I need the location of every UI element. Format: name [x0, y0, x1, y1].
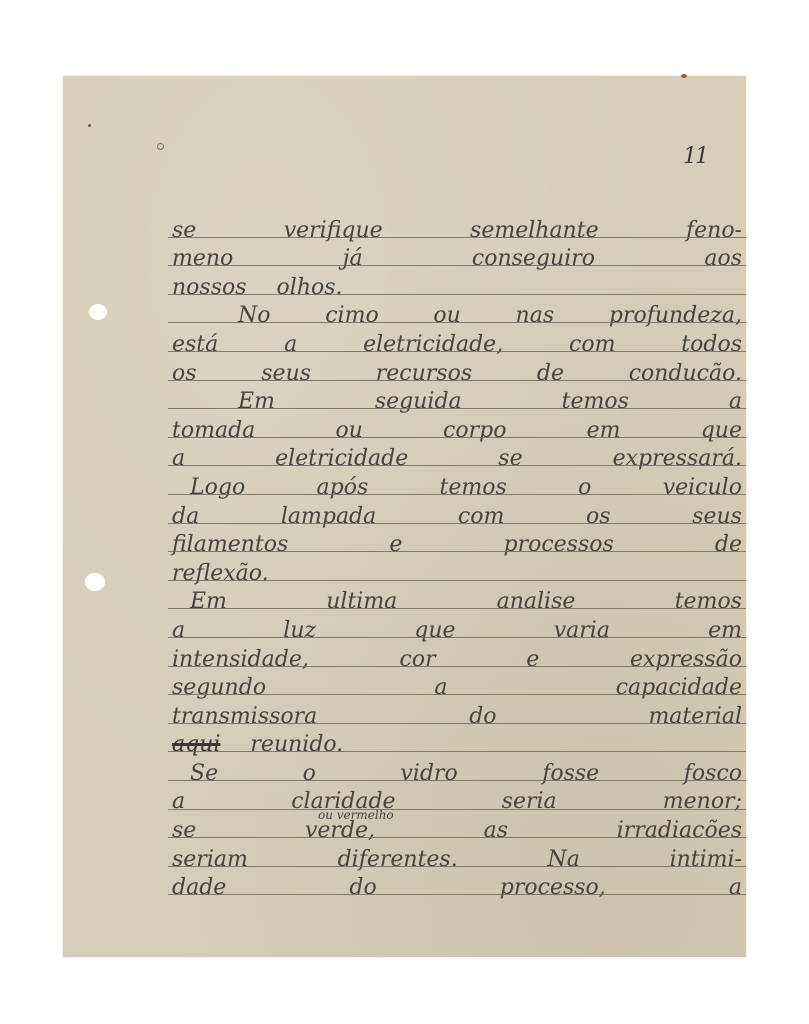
text-line-9: a eletricidade se expressará. — [168, 439, 746, 468]
text-line-10: Logo após temos o veiculo — [168, 467, 746, 496]
ruled-line — [168, 723, 746, 724]
text-line-6: os seus recursos de conducão. — [168, 353, 746, 382]
text-line-20: Se o vidro fosse fosco — [168, 753, 746, 782]
word: a — [729, 877, 742, 899]
stain-spot — [681, 74, 687, 78]
text-line-19: aqui reunido. — [168, 725, 746, 754]
ruled-line — [168, 322, 746, 323]
ruled-line — [168, 608, 746, 609]
word: processo, — [500, 877, 606, 899]
ruled-line — [168, 551, 746, 552]
ruled-line — [168, 580, 746, 581]
word: do — [349, 877, 376, 899]
ruled-line — [168, 237, 746, 238]
paper-spot — [157, 143, 164, 150]
text-line-5: está a eletricidade, com todos — [168, 324, 746, 353]
text-line-12: filamentos e processos de — [168, 525, 746, 554]
ruled-line — [168, 494, 746, 495]
handwritten-text-block: se verifique semelhante feno- meno já co… — [168, 210, 746, 896]
text-line-4: No cimo ou nas profundeza, — [168, 296, 746, 325]
binder-hole-bottom — [85, 573, 105, 591]
text-line-11: da lampada com os seus — [168, 496, 746, 525]
manuscript-page: 11 se verifique semelhante feno- meno já… — [63, 76, 746, 957]
ruled-line — [168, 637, 746, 638]
text-line-16: intensidade, cor e expressão — [168, 639, 746, 668]
ruled-line — [168, 265, 746, 266]
word: dade — [172, 877, 226, 899]
ruled-line — [168, 408, 746, 409]
text-line-13: reflexão. — [168, 553, 746, 582]
ruled-line — [168, 809, 746, 810]
ruled-line — [168, 351, 746, 352]
text-line-18: transmissora do material — [168, 696, 746, 725]
ruled-line — [168, 666, 746, 667]
binder-hole-top — [89, 304, 107, 320]
text-line-21: a claridade seria menor; — [168, 782, 746, 811]
pencil-mark — [88, 124, 91, 127]
ruled-line — [168, 437, 746, 438]
text-line-24: dade do processo, a — [168, 868, 746, 897]
text-line-3: nossos olhos. — [168, 267, 746, 296]
text-line-7: Em seguida temos a — [168, 382, 746, 411]
ruled-line — [168, 837, 746, 838]
text-line-8: tomada ou corpo em que — [168, 410, 746, 439]
ruled-line — [168, 866, 746, 867]
text-line-15: a luz que varia em — [168, 610, 746, 639]
ruled-line — [168, 751, 746, 752]
text-line-22: ou vermelho se verde, as irradiacões — [168, 810, 746, 839]
ruled-line — [168, 465, 746, 466]
ruled-line — [168, 780, 746, 781]
ruled-line — [168, 380, 746, 381]
ruled-line — [168, 894, 746, 895]
ruled-line — [168, 523, 746, 524]
page-number: 11 — [683, 144, 707, 169]
text-line-17: segundo a capacidade — [168, 668, 746, 697]
ruled-line — [168, 294, 746, 295]
text-line-1: se verifique semelhante feno- — [168, 210, 746, 239]
text-line-2: meno já conseguiro aos — [168, 239, 746, 268]
text-line-23: seriam diferentes. Na intimi- — [168, 839, 746, 868]
text-line-14: Em ultima analise temos — [168, 582, 746, 611]
ruled-line — [168, 694, 746, 695]
